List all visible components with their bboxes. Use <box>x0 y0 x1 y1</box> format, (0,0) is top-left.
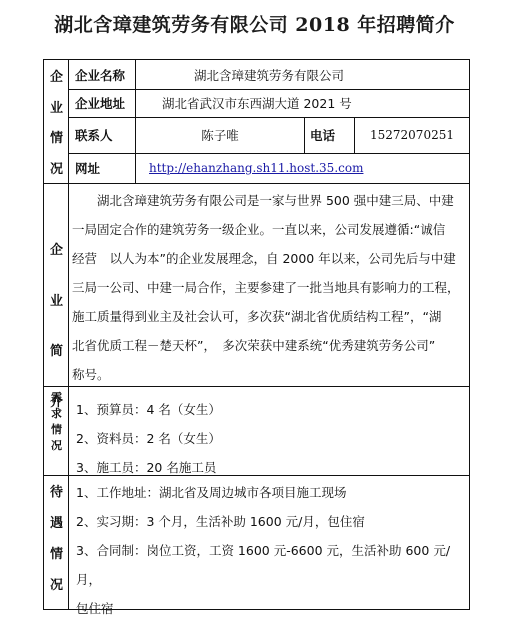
label-char: 业 <box>50 97 63 116</box>
intro-line: 三局一公司、中建一局合作，主要参建了一批当地具有影响力的工程， <box>72 273 468 302</box>
intro-line: 施工质量得到业主及社会认可，多次获“湖北省优质结构工程”，“湖 <box>72 302 468 331</box>
company-name-label: 企业名称 <box>75 60 135 89</box>
benefit-item: 2、实习期：3 个月，生活补助 1600 元/月，包住宿 <box>76 507 469 536</box>
label-char: 需 <box>51 390 62 406</box>
label-char: 况 <box>50 158 63 177</box>
label-char: 业 <box>50 290 63 309</box>
label-char: 况 <box>51 438 62 454</box>
label-char: 情 <box>50 127 63 146</box>
label-char: 简 <box>50 340 63 359</box>
label-char: 情 <box>50 543 63 562</box>
company-address-label: 企业地址 <box>75 89 135 117</box>
intro-line: 经营 以人为本”的企业发展理念，自 2000 年以来，公司先后与中建 <box>72 244 468 273</box>
intro-paragraph: 湖北含璋建筑劳务有限公司是一家与世界 500 强中建三局、中建 一局固定合作的建… <box>72 186 468 389</box>
benefits-list: 1、工作地址：湖北省及周边城市各项目施工现场 2、实习期：3 个月，生活补助 1… <box>76 478 469 623</box>
recruitment-table: 企 业 情 况 企业名称 湖北含璋建筑劳务有限公司 企业地址 湖北省武汉市东西湖… <box>43 59 470 610</box>
demand-item: 1、预算员：4 名（女生） <box>76 395 221 424</box>
website-label: 网址 <box>75 153 135 183</box>
phone-label: 电话 <box>310 117 354 153</box>
benefit-item: 包住宿 <box>76 594 469 623</box>
section-label-company-info: 企 业 情 况 <box>44 60 69 183</box>
label-char: 待 <box>50 481 63 500</box>
company-name-value: 湖北含璋建筑劳务有限公司 <box>194 60 454 89</box>
page-title: 湖北含璋建筑劳务有限公司 2018 年招聘简介 <box>0 10 509 37</box>
demand-list: 1、预算员：4 名（女生） 2、资料员：2 名（女生） 3、施工员：20 名施工… <box>76 395 221 482</box>
label-char: 况 <box>50 574 63 593</box>
intro-line: 北省优质工程－楚天杯”， 多次荣获中建系统“优秀建筑劳务公司” <box>72 331 468 360</box>
section-label-demand: 需 求 情 况 <box>44 386 69 475</box>
intro-line: 湖北含璋建筑劳务有限公司是一家与世界 500 强中建三局、中建 <box>72 186 468 215</box>
website-link[interactable]: http://ehanzhang.sh11.host.35.com <box>149 161 363 175</box>
label-char: 企 <box>50 66 63 85</box>
label-char: 企 <box>50 239 63 258</box>
company-address-value: 湖北省武汉市东西湖大道 2021 号 <box>162 89 462 117</box>
phone-value: 15272070251 <box>355 117 469 153</box>
divider <box>304 117 305 153</box>
contact-value: 陈子唯 <box>136 117 304 153</box>
website-cell: http://ehanzhang.sh11.host.35.com <box>149 153 459 183</box>
section-label-benefits: 待 遇 情 况 <box>44 475 69 593</box>
demand-item: 2、资料员：2 名（女生） <box>76 424 221 453</box>
intro-line: 一局固定合作的建筑劳务一级企业。一直以来，公司发展遵循:“诚信 <box>72 215 468 244</box>
benefit-item: 3、合同制：岗位工资，工资 1600 元-6600 元，生活补助 600 元/月… <box>76 536 469 594</box>
label-char: 情 <box>51 422 62 438</box>
benefit-item: 1、工作地址：湖北省及周边城市各项目施工现场 <box>76 478 469 507</box>
contact-label: 联系人 <box>75 117 135 153</box>
label-char: 遇 <box>50 512 63 531</box>
intro-line: 称号。 <box>72 360 468 389</box>
divider <box>44 183 469 184</box>
label-char: 求 <box>51 406 62 422</box>
